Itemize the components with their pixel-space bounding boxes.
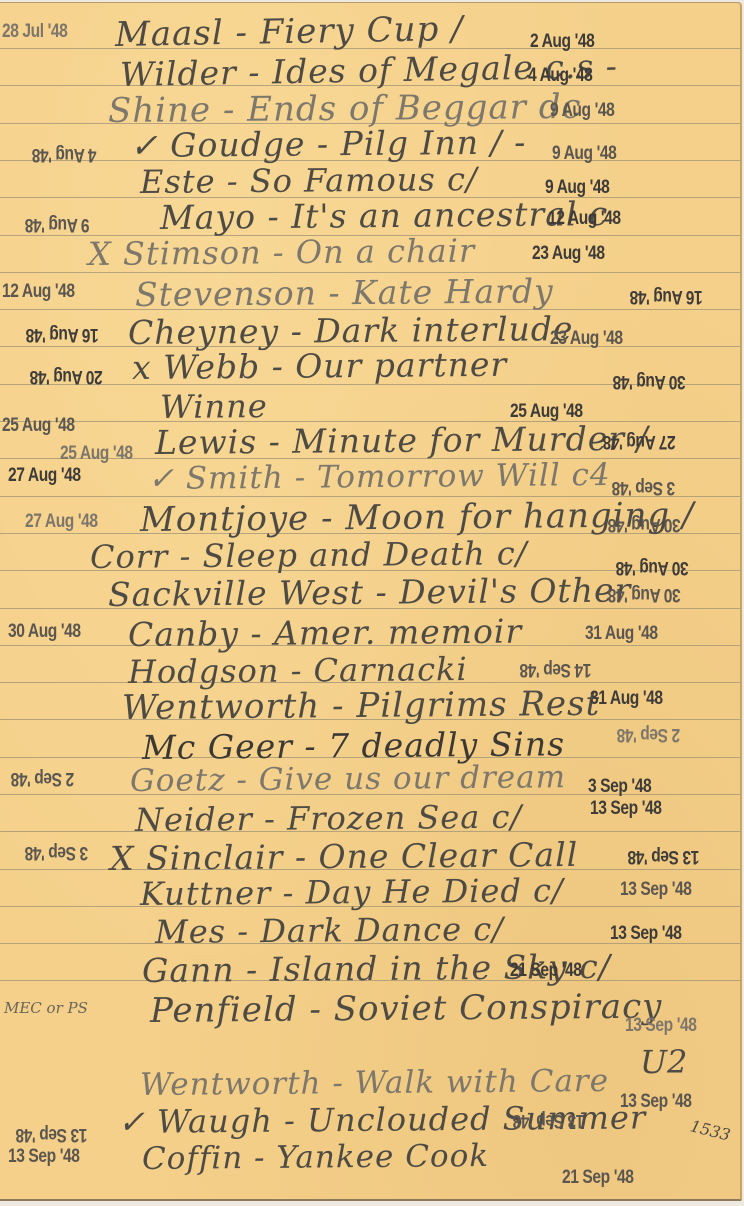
entry-title: - Soviet Conspiracy xyxy=(297,987,662,1030)
card-entry: ✓ Goudge - Pilg Inn / - xyxy=(130,123,527,165)
date-stamp-right: 2 Sep '48 xyxy=(617,723,680,745)
entry-title: - Dark Dance xyxy=(226,910,462,950)
entry-title: - Give us our dream xyxy=(225,759,566,798)
date-stamp-right: 27 Aug '48 xyxy=(603,430,676,452)
entry-title: - Our partner xyxy=(260,345,507,386)
date-stamp-left: 13 Sep '48 xyxy=(16,1123,88,1145)
card-entry: Winne xyxy=(160,387,268,426)
card-entry: Lewis - Minute for Murder / xyxy=(155,419,649,462)
date-stamp-right: 3 Sep '48 xyxy=(612,476,675,498)
entry-title: - Unclouded Summer xyxy=(273,1098,647,1139)
card-entry: X Stimson - On a chair xyxy=(88,232,475,273)
date-stamp-right: 30 Aug '48 xyxy=(608,513,681,535)
entry-author: Stevenson xyxy=(135,273,317,314)
date-stamp-right: 13 Sep '48 xyxy=(625,1015,697,1037)
date-stamp-right: 23 Aug '48 xyxy=(550,328,623,350)
entry-title: - Devil's Other xyxy=(364,570,632,611)
date-stamp-right: 13 Sep '48 xyxy=(590,798,662,820)
entry-prefix-mark: ✓ xyxy=(118,1103,146,1141)
entry-author: Lewis xyxy=(155,422,258,462)
date-stamp-right: 4 Aug '48 xyxy=(528,65,592,87)
entry-suffix: c4 xyxy=(561,457,611,493)
entry-author: Webb xyxy=(151,347,260,387)
date-stamp-right: 14 Sep '48 xyxy=(520,658,592,680)
entry-author: Gann xyxy=(142,950,235,990)
date-stamp-right: 21 Sep '48 xyxy=(510,960,582,982)
entry-author: Penfield xyxy=(150,990,298,1031)
date-stamp-left: 12 Aug '48 xyxy=(2,281,75,303)
date-stamp-right: 3 Sep '48 xyxy=(588,776,651,798)
entry-author: Neider xyxy=(135,800,253,839)
entry-author: Wentworth xyxy=(140,1065,322,1103)
entry-author: Mes xyxy=(155,912,226,951)
date-stamp-right: 2 Aug '48 xyxy=(530,31,594,53)
date-stamp-right: 13 Sep '48 xyxy=(628,845,700,867)
entry-author: Goudge xyxy=(158,124,305,164)
entry-title: - Fiery Cup xyxy=(223,9,439,53)
date-stamp-left: 13 Sep '48 xyxy=(8,1146,80,1168)
date-stamp-right: 31 Aug '48 xyxy=(585,623,658,645)
card-entry: Neider - Frozen Sea c/ xyxy=(135,798,523,839)
date-stamp-right: 13 Sep '48 xyxy=(620,1091,692,1113)
card-entry: Goetz - Give us our dream xyxy=(130,759,566,799)
card-entry: Canby - Amer. memoir xyxy=(128,612,523,654)
date-stamp-left: 27 Aug '48 xyxy=(8,465,81,487)
date-stamp-left: 20 Aug '48 xyxy=(30,365,103,387)
entry-author: Hodgson xyxy=(128,652,280,691)
date-stamp-right: 9 Aug '48 xyxy=(545,177,609,199)
card-entry: Stevenson - Kate Hardy xyxy=(135,271,554,314)
entry-author: Este xyxy=(140,162,216,201)
entry-suffix: c/ xyxy=(522,871,564,909)
entry-author: Canby xyxy=(128,614,239,654)
date-stamp-left: 27 Aug '48 xyxy=(25,511,98,533)
date-stamp-right: 23 Aug '48 xyxy=(532,243,605,265)
entry-prefix-mark: X xyxy=(110,839,135,878)
date-stamp-right: 21 Sep '48 xyxy=(562,1167,634,1189)
card-entry: Mes - Dark Dance c/ xyxy=(155,910,504,951)
entry-title: - Frozen Sea xyxy=(253,798,481,838)
date-stamp-left: 9 Aug '48 xyxy=(25,213,89,235)
entry-title: - It's an ancestral xyxy=(256,194,578,236)
entry-author: Sackville West xyxy=(108,573,364,614)
date-stamp-right: 9 Aug '48 xyxy=(550,100,614,122)
card-entry: Sackville West - Devil's Other xyxy=(108,570,632,614)
entry-prefix-mark: ✓ xyxy=(130,126,159,165)
date-stamp-left: 4 Aug '48 xyxy=(32,143,96,165)
entry-title: - Sleep and Death xyxy=(168,535,486,576)
date-stamp-right: 30 Aug '48 xyxy=(613,370,686,392)
date-stamp-left: 25 Aug '48 xyxy=(60,443,133,465)
circulation-card: Maasl - Fiery Cup /Wilder - Ides of Mega… xyxy=(0,2,742,1201)
entry-title: - So Famous xyxy=(215,160,436,200)
entry-author: Kuttner xyxy=(140,874,272,913)
entry-title: - Amer. memoir xyxy=(239,612,523,653)
entry-title: - One Clear Call xyxy=(283,835,578,877)
entry-prefix-mark: X xyxy=(88,235,112,273)
date-stamp-left: 2 Sep '48 xyxy=(11,767,74,789)
entry-title: - Pilgrims Rest xyxy=(320,684,600,726)
card-entry: Maasl - Fiery Cup / xyxy=(115,9,464,55)
entry-suffix: c/ xyxy=(436,160,478,198)
entry-author: Mayo xyxy=(160,197,256,237)
date-stamp-right: 16 Aug '48 xyxy=(630,285,703,307)
date-stamp-left: 25 Aug '48 xyxy=(2,415,75,437)
entry-suffix: c/ xyxy=(485,534,527,572)
date-stamp-left: 30 Aug '48 xyxy=(8,621,81,643)
entry-suffix: / xyxy=(439,9,464,49)
entry-author: Winne xyxy=(160,387,268,426)
entry-author: Corr xyxy=(90,537,169,576)
entry-author: Goetz xyxy=(130,762,226,799)
card-entry: Wentworth - Walk with Care xyxy=(140,1063,609,1103)
entry-title: - Pilg Inn xyxy=(305,123,479,164)
entry-author: Wentworth xyxy=(122,686,321,728)
margin-note-left: MEC or PS xyxy=(4,1000,88,1017)
card-entry: Penfield - Soviet Conspiracy xyxy=(150,987,663,1031)
date-stamp-left: 16 Aug '48 xyxy=(26,323,99,345)
entry-suffix: c/ xyxy=(480,798,522,836)
date-stamp-right: 13 Sep '48 xyxy=(610,923,682,945)
entry-suffix: c/ xyxy=(462,910,504,948)
date-stamp-right: 12 Aug '48 xyxy=(548,208,621,230)
date-stamp-right: 30 Aug '48 xyxy=(616,556,689,578)
entry-author: Stimson xyxy=(112,233,262,272)
entry-prefix-mark: x xyxy=(132,348,152,387)
date-stamp-right: 30 Aug '48 xyxy=(608,583,681,605)
entry-author: Wilder xyxy=(120,53,238,94)
date-stamp-right: 13 Sep '48 xyxy=(620,879,692,901)
date-stamp-left: 28 Jul '48 xyxy=(2,21,67,43)
entry-author: Waugh xyxy=(146,1102,273,1141)
entry-suffix: / - xyxy=(479,123,527,162)
entry-title: - Day He Died xyxy=(271,872,522,912)
card-entry: x Webb - Our partner xyxy=(132,345,508,387)
entry-title: - Yankee Cook xyxy=(243,1138,489,1176)
entry-prefix-mark: ✓ xyxy=(148,461,175,497)
card-entry: ✓ Smith - Tomorrow Will c4 xyxy=(148,457,611,497)
entry-author: Coffin xyxy=(142,1140,244,1177)
margin-note-u2: U2 xyxy=(640,1043,687,1081)
card-entry: Wentworth - Pilgrims Rest xyxy=(122,684,601,728)
card-entry: Corr - Sleep and Death c/ xyxy=(90,534,528,576)
date-stamp-right: 25 Aug '48 xyxy=(510,401,583,423)
entry-title: - Tomorrow Will xyxy=(284,457,561,495)
date-stamp-left: 3 Sep '48 xyxy=(25,841,88,863)
date-stamp-right: 9 Aug '48 xyxy=(552,143,616,165)
entry-title: - Minute for Murder xyxy=(257,419,625,461)
entry-author: Montjoye xyxy=(140,499,310,540)
date-stamp-right: 13 Sep '48 xyxy=(513,1109,585,1131)
entry-title: - On a chair xyxy=(261,232,475,272)
card-entry: Coffin - Yankee Cook xyxy=(142,1138,489,1177)
entry-title: - Walk with Care xyxy=(321,1063,609,1102)
entry-author: Smith xyxy=(175,460,284,497)
date-stamp-right: 31 Aug '48 xyxy=(590,688,663,710)
entry-title: - Kate Hardy xyxy=(317,271,554,312)
entry-author: Sinclair xyxy=(134,837,283,877)
entry-title: - Ides of Megale xyxy=(237,48,535,92)
card-entry: Kuttner - Day He Died c/ xyxy=(140,871,564,913)
entry-author: Maasl xyxy=(115,13,224,55)
entry-title: - Carnacki xyxy=(279,650,468,690)
margin-note-number: 1533 xyxy=(688,1116,732,1144)
card-entry: Mayo - It's an ancestral c xyxy=(160,194,609,237)
